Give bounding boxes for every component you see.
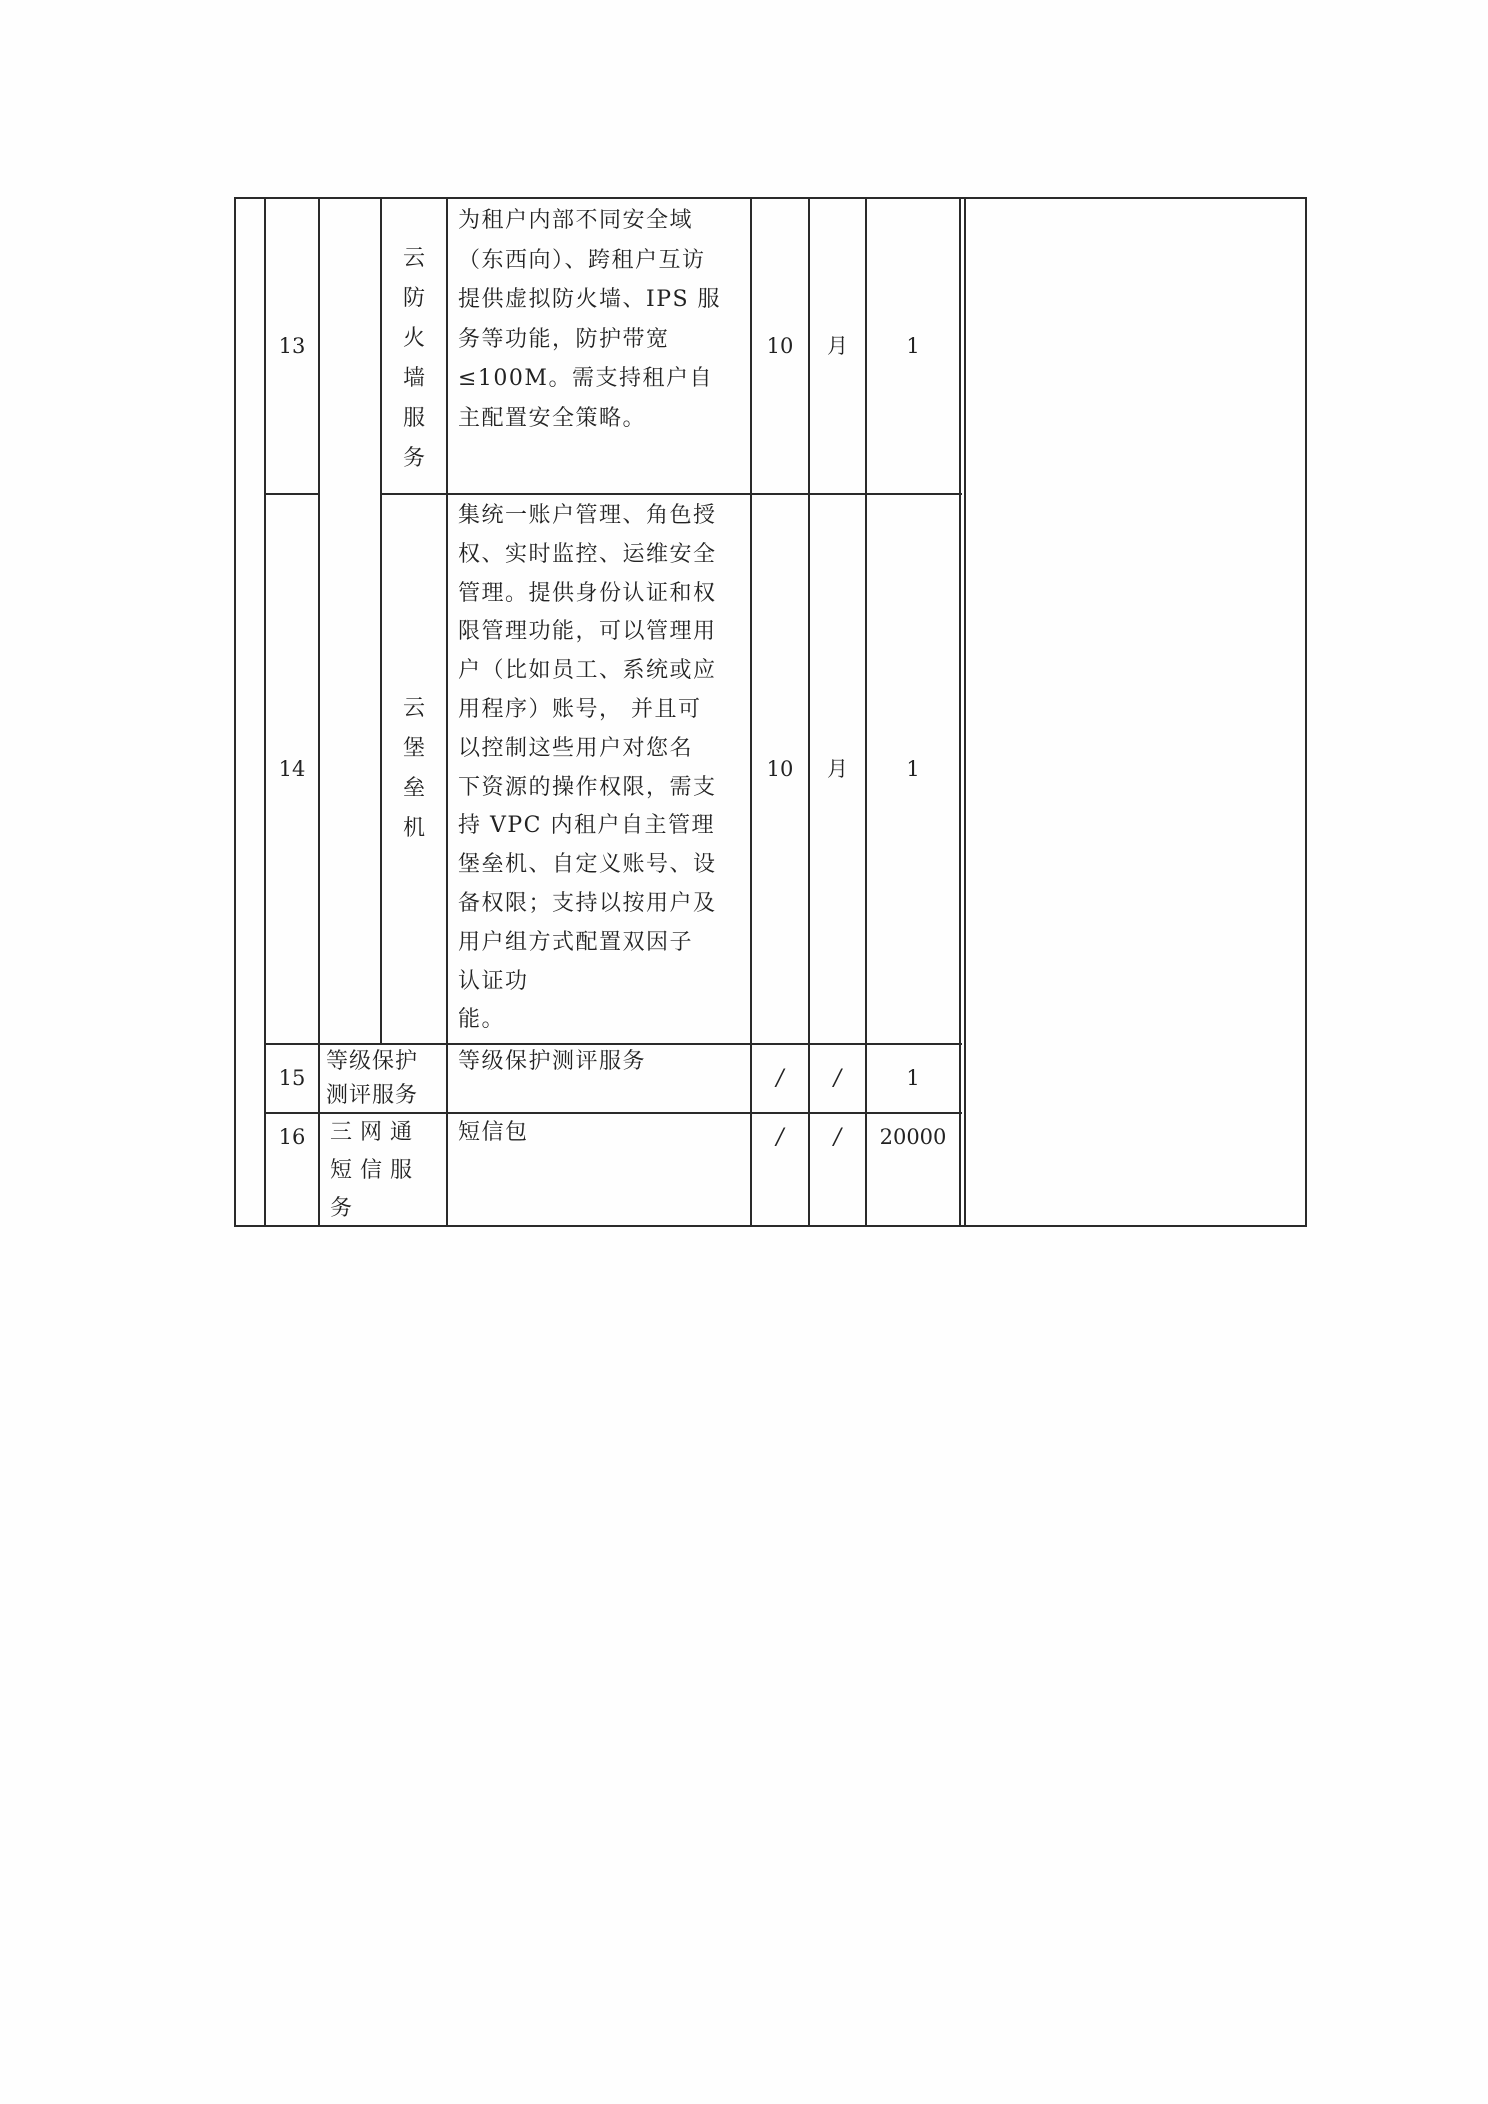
row-14-index: 14 [266, 495, 318, 1043]
row-14-unit: 月 [810, 495, 865, 1043]
row-15-name: 等级保护 测评服务 [320, 1045, 446, 1112]
row-13-quantity: 1 [867, 199, 959, 493]
row-16-duration: / [752, 1114, 808, 1225]
name-char: 防 [403, 279, 425, 319]
name-char: 云 [403, 239, 425, 279]
row-14-name: 云 堡 垒 机 [382, 495, 446, 1043]
row-15-quantity: 1 [867, 1045, 959, 1112]
row-15-unit: / [810, 1045, 865, 1112]
col-divider-double [959, 197, 961, 1227]
row-15-description: 等级保护测评服务 [448, 1045, 750, 1112]
row-13-unit: 月 [810, 199, 865, 493]
name-char: 务 [403, 439, 425, 479]
row-15-index: 15 [266, 1045, 318, 1112]
row-14-duration: 10 [752, 495, 808, 1043]
service-table: 13 云 防 火 墙 服 务 为租户内部不同安全域 （东西向）、跨租户互访 提供… [234, 197, 1307, 1227]
row-15-duration: / [752, 1045, 808, 1112]
table-border-right [1305, 197, 1307, 1227]
document-page: 13 云 防 火 墙 服 务 为租户内部不同安全域 （东西向）、跨租户互访 提供… [0, 0, 1488, 2104]
remark-column [966, 199, 1305, 1225]
table-border-left [234, 197, 236, 1227]
name-char: 垒 [403, 769, 425, 809]
row-16-unit: / [810, 1114, 865, 1225]
name-char: 服 [403, 399, 425, 439]
row-16-index: 16 [266, 1114, 318, 1225]
name-char: 堡 [403, 729, 425, 769]
name-char: 云 [403, 689, 425, 729]
row-13-index: 13 [266, 199, 318, 493]
row-13-name: 云 防 火 墙 服 务 [382, 199, 446, 493]
name-char: 墙 [403, 359, 425, 399]
row-13-duration: 10 [752, 199, 808, 493]
name-char: 机 [403, 809, 425, 849]
row-14-description: 集统一账户管理、角色授 权、实时监控、运维安全 管理。提供身份认证和权 限管理功… [448, 495, 750, 1043]
name-char: 火 [403, 319, 425, 359]
table-border-bottom [234, 1225, 1307, 1227]
row-13-description: 为租户内部不同安全域 （东西向）、跨租户互访 提供虚拟防火墙、IPS 服 务等功… [448, 199, 750, 493]
row-16-quantity: 20000 [867, 1114, 959, 1225]
row-14-quantity: 1 [867, 495, 959, 1043]
row-16-description: 短信包 [448, 1114, 750, 1225]
row-16-name: 三网通 短信服 务 [320, 1114, 446, 1225]
